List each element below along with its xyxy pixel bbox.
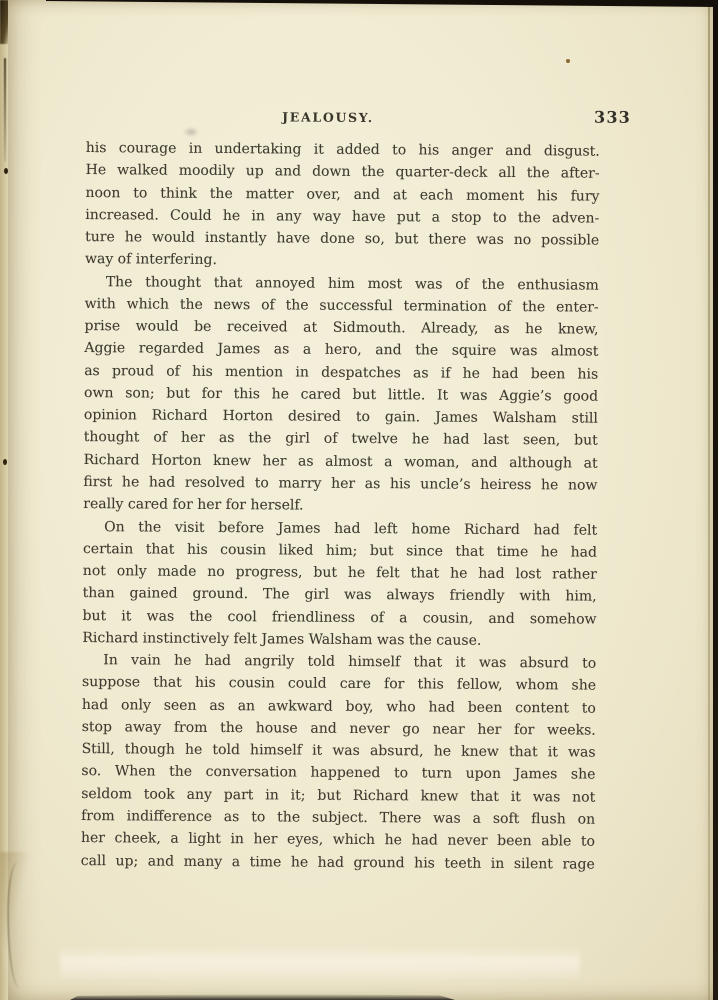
text-line: Aggie regarded James as a hero, and the … <box>84 337 598 363</box>
fore-edge-line <box>708 0 710 1000</box>
text-line: suppose that his cousin could care for t… <box>82 671 596 697</box>
text-line: call up; and many a time he had ground h… <box>81 850 595 876</box>
text-line: way of interfering. <box>85 248 599 274</box>
text-line: than gained ground. The girl was always … <box>83 582 597 608</box>
text-line: her cheek, a light in her eyes, which he… <box>81 827 595 853</box>
page-content: JEALOUSY. 333 his courage in undertaking… <box>2 0 716 1000</box>
text-line: noon to think the matter over, and at ea… <box>85 182 599 208</box>
text-line: so. When the conversation happened to tu… <box>81 760 595 786</box>
text-line: really cared for her for herself. <box>83 493 597 519</box>
text-line: He walked moodily up and down the quarte… <box>86 159 600 185</box>
ink-speck <box>566 59 570 63</box>
right-background-shadow <box>713 0 718 1000</box>
book-page: JEALOUSY. 333 his courage in undertaking… <box>8 0 715 1000</box>
body-text: his courage in undertaking it added to h… <box>81 137 600 875</box>
page-edge-crease <box>4 58 6 162</box>
page-number: 333 <box>594 108 631 127</box>
smudge-mark <box>183 127 199 137</box>
scanned-book-photo: JEALOUSY. 333 his courage in undertaking… <box>0 0 718 1000</box>
text-line: On the visit before James had left home … <box>83 516 597 542</box>
text-line: thought of her as the girl of twelve he … <box>84 427 598 453</box>
chapter-title: JEALOUSY. <box>71 108 585 127</box>
scan-glare-band <box>60 946 580 982</box>
running-head: JEALOUSY. 333 <box>86 108 600 132</box>
